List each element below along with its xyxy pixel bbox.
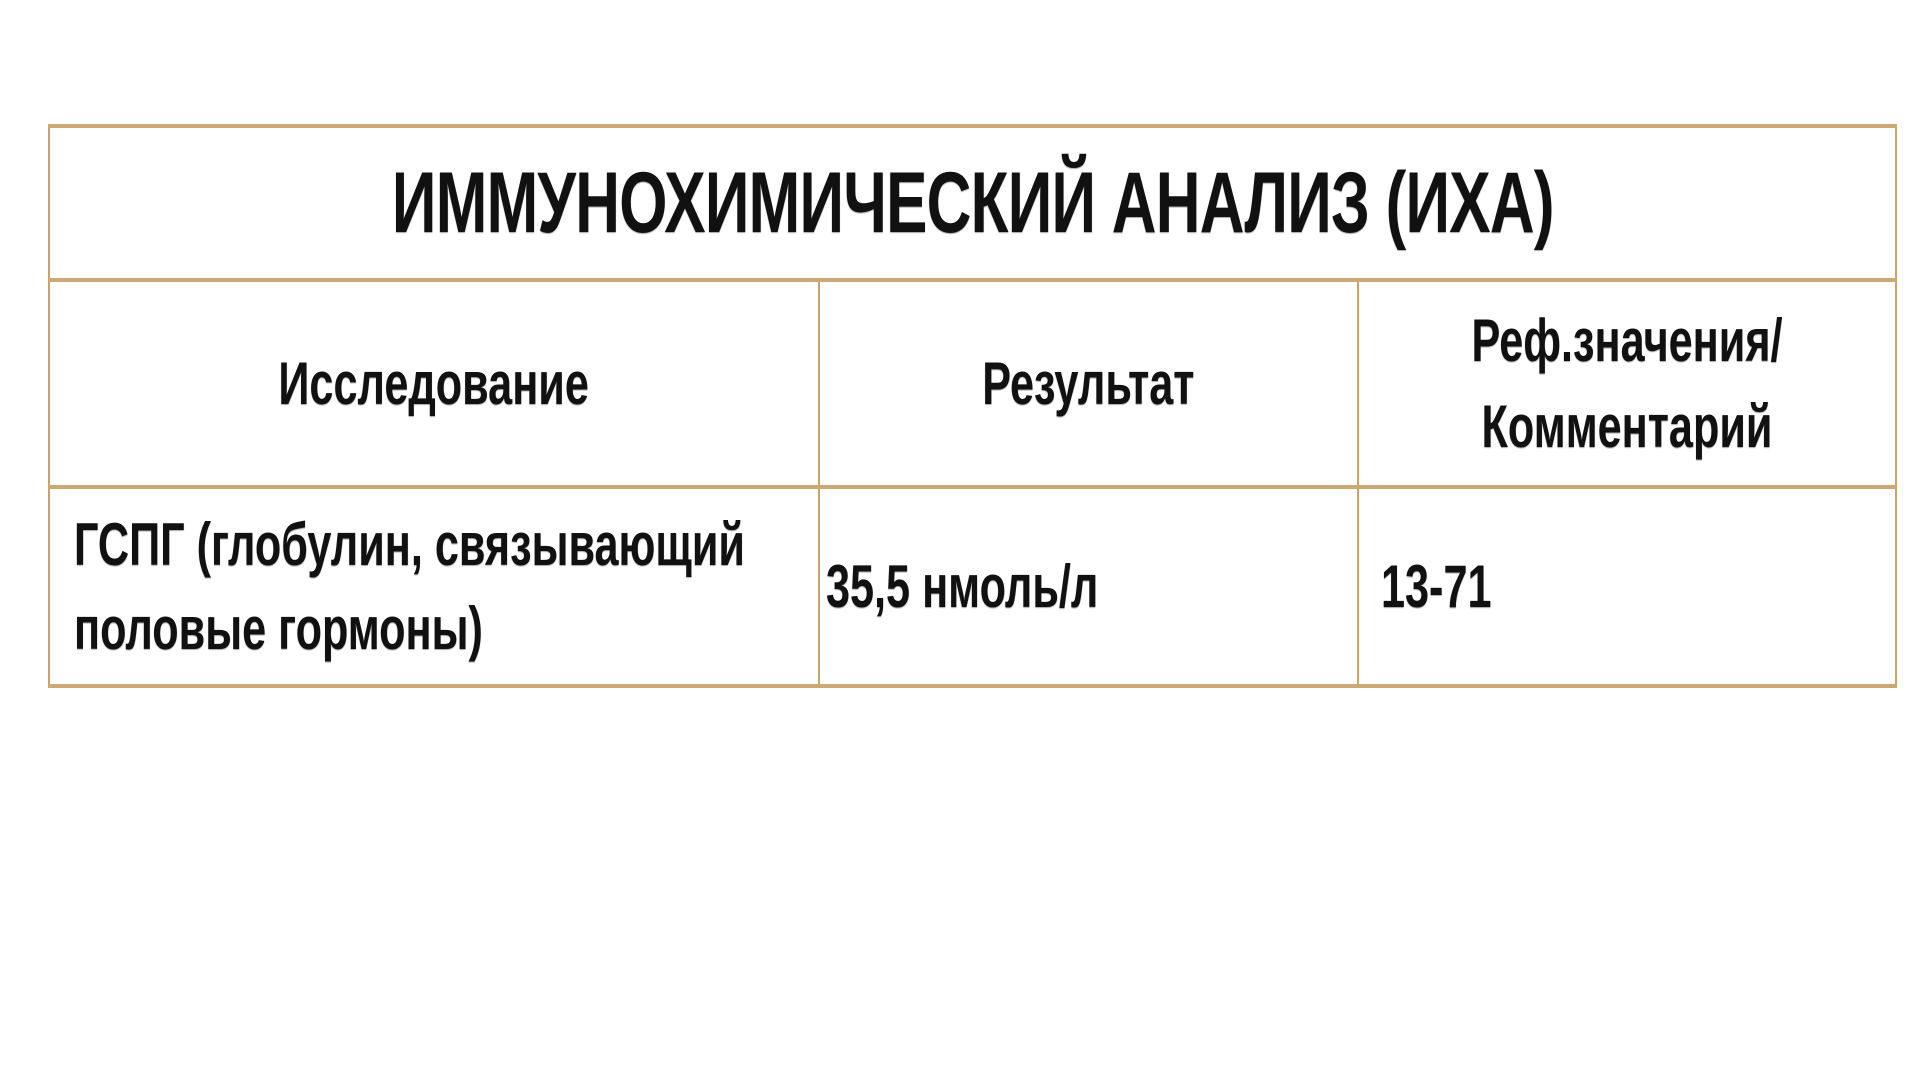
column-header-result: Результат [819, 280, 1358, 487]
column-header-line: Комментарий [1471, 384, 1782, 470]
lab-results-table-container: ИММУНОХИМИЧЕСКИЙ АНАЛИЗ (ИХА) Исследован… [48, 124, 1895, 688]
table-header-row: Исследование Результат Реф.значения/ Ком… [49, 280, 1896, 487]
column-header-test: Исследование [49, 280, 819, 487]
column-header-label: Реф.значения/ Комментарий [1471, 298, 1782, 470]
immunochemical-analysis-table: ИММУНОХИМИЧЕСКИЙ АНАЛИЗ (ИХА) Исследован… [48, 124, 1897, 688]
test-name: ГСПГ (глобулин, связывающий половые горм… [74, 503, 745, 671]
test-name-line: половые гормоны) [74, 587, 745, 671]
cell-reference: 13-71 [1358, 487, 1896, 686]
column-header-label: Исследование [279, 341, 590, 427]
column-header-reference: Реф.значения/ Комментарий [1358, 280, 1896, 487]
test-name-line: ГСПГ (глобулин, связывающий [74, 503, 745, 587]
reference-range: 13-71 [1381, 545, 1491, 629]
cell-result: 35,5 нмоль/л [819, 487, 1358, 686]
cell-test-name: ГСПГ (глобулин, связывающий половые горм… [49, 487, 819, 686]
table-row: ГСПГ (глобулин, связывающий половые горм… [49, 487, 1896, 686]
column-header-line: Реф.значения/ [1471, 298, 1782, 384]
column-header-label: Результат [982, 341, 1194, 427]
result-value: 35,5 нмоль/л [826, 545, 1098, 629]
table-title-cell: ИММУНОХИМИЧЕСКИЙ АНАЛИЗ (ИХА) [49, 126, 1896, 280]
table-title: ИММУНОХИМИЧЕСКИЙ АНАЛИЗ (ИХА) [392, 154, 1554, 253]
table-title-row: ИММУНОХИМИЧЕСКИЙ АНАЛИЗ (ИХА) [49, 126, 1896, 280]
